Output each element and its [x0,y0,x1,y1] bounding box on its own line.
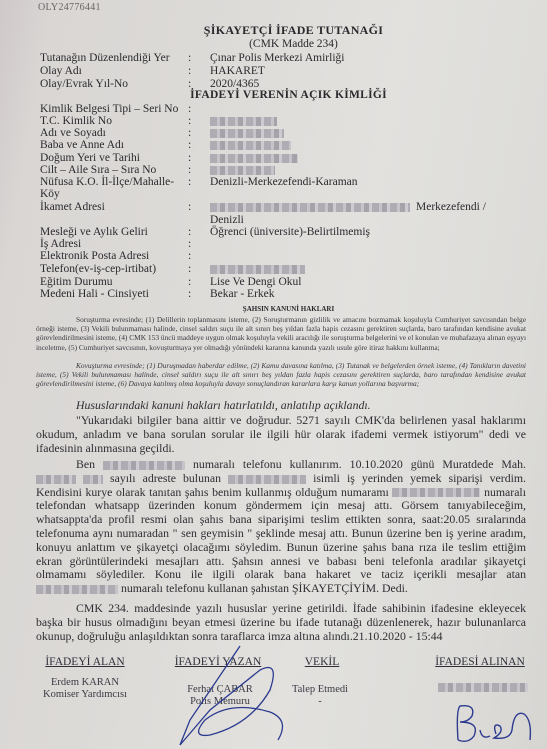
document-title: ŞİKAYETÇİ İFADE TUTANAĞI [0,23,547,38]
field-value: HAKARET [210,65,265,78]
complaint-statement-document: OLY24776441 ŞİKAYETÇİ İFADE TUTANAĞI (CM… [0,0,547,749]
field-value: Bekar - Erkek [210,288,275,301]
signature-scribble-writer-icon [150,640,300,749]
identity-field: Elektronik Posta Adresi: [40,250,210,263]
redacted-phone [103,461,185,470]
field-label: Baba ve Anne Adı [40,139,188,152]
field-label: Telefon(ev-iş-cep-irtibat) [40,263,188,276]
field-label: Tutanağın Düzenlendiği Yer [40,52,188,65]
field-label: Medeni Hali - Cinsiyeti [40,288,188,301]
redacted-value [210,154,298,163]
identity-field: Medeni Hali - Cinsiyeti:Bekar - Erkek [40,288,275,301]
redacted-address [36,475,76,484]
identity-field: Köy [40,188,210,201]
signature-scribble-statement-giver-icon [450,700,540,749]
field-label: İkamet Adresi [40,201,188,214]
field-label: Köy [40,188,188,201]
signature-role-taker: İFADEYİ ALAN [30,656,140,668]
field-value: Öğrenci (üniversite)-Belirtilmemiş [210,226,370,239]
field-value: Denizli-Merkezefendi-Karaman [210,176,358,189]
field-incident-name: Olay Adı:HAKARET [40,65,265,78]
signatory-statement-giver [428,682,538,694]
redacted-value [210,117,277,126]
redacted-name [438,683,528,692]
redacted-business-name [228,475,306,484]
redacted-value [210,141,291,150]
field-value [210,139,291,152]
field-separator: : [188,263,210,276]
identity-heading: İFADEYİ VERENİN AÇIK KİMLİĞİ [0,89,547,101]
consent-statement: "Yukarıdaki bilgiler bana aittir ve doğr… [36,414,526,455]
identity-field: Baba ve Anne Adı: [40,139,291,152]
statement-body: Ben numaralı telefonu kullanırım. 10.10.… [36,458,526,596]
redacted-value [210,203,410,212]
rights-reminder: Hususlarındaki kanuni hakları hatırlatıl… [36,399,526,413]
rights-investigation: Soruşturma evresinde; (1) Delillerin top… [36,315,526,352]
document-id: OLY24776441 [38,2,101,13]
redacted-phone [392,488,480,497]
redacted-value [210,129,284,138]
field-value: Merkezefendi / [210,201,486,214]
field-label: Olay Adı [40,65,188,78]
identity-field: İkamet Adresi:Merkezefendi / [40,201,486,214]
rights-prosecution: Kovuşturma evresinde; (1) Duruşmadan hab… [36,361,526,389]
redacted-phone [36,585,118,594]
document-subtitle: (CMK Madde 234) [0,38,547,50]
field-separator: : [188,250,210,263]
redacted-value [210,265,305,274]
closing-paragraph: CMK 234. maddesinde yazılı hususlar yeri… [36,602,526,643]
redacted-address [83,475,103,484]
redacted-value [210,166,275,175]
signatory-taker: Erdem KARAN Komiser Yardımcısı [30,677,140,701]
field-value [210,263,305,276]
field-value: Çınar Polis Merkezi Amirliği [210,52,344,65]
field-separator: : [188,139,210,152]
field-separator: : [188,201,210,214]
identity-field: Telefon(ev-iş-cep-irtibat): [40,263,305,276]
signature-role-attorney: VEKİL [292,656,352,668]
rights-heading: ŞAHSIN KANUNİ HAKLARI [0,305,547,313]
field-value-text: Merkezefendi / [416,201,486,213]
field-label: Elektronik Posta Adresi [40,250,188,263]
field-separator: : [188,288,210,301]
signature-role-statement-giver: İFADESİ ALINAN [420,656,540,668]
field-location: Tutanağın Düzenlendiği Yer:Çınar Polis M… [40,52,344,65]
